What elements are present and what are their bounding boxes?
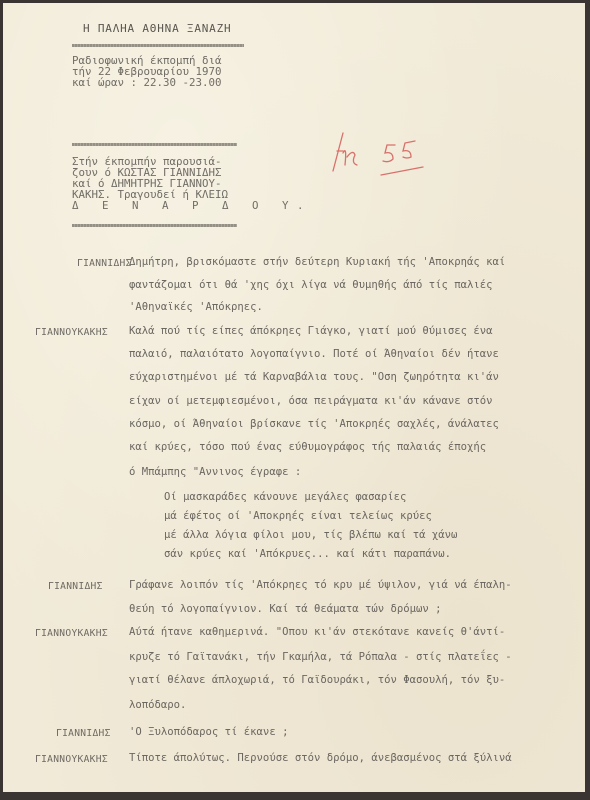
dialogue-line: γιατί θέλανε άπλοχωριά, τό Γαϊδουράκι, τ… (129, 674, 505, 686)
dialogue-line: παλαιό, παλαιότατο λογοπαίγνιο. Ποτέ οί … (129, 348, 499, 360)
speaker-label: ΓΙΑΝΝΙΔΗΣ (56, 728, 111, 739)
verse-line: μά έφέτος οί 'Αποκρηές είναι τελείως κρύ… (164, 510, 432, 522)
dialogue-line: ό Μπάμπης "Αννινος έγραφε : (129, 466, 301, 478)
speaker-label: ΓΙΑΝΝΟΥΚΑΚΗΣ (35, 327, 108, 338)
handwritten-annotation (323, 131, 443, 181)
dialogue-line: Αύτά ήτανε καθημερινά. "Οπου κι'άν στεκό… (129, 626, 505, 638)
dialogue-line: κρυζε τό Γαϊτανάκι, τήν Γκαμήλα, τά Ρόπα… (129, 651, 512, 663)
dialogue-line: Τίποτε άπολύτως. Περνούσε στόν δρόμο, άν… (129, 752, 512, 764)
title-underline (72, 44, 244, 47)
dialogue-line: είχαν οί μετεμφιεσμένοι, όσα πειράγματα … (129, 395, 493, 407)
broadcast-divider (72, 143, 237, 146)
dialogue-line: φαντάζομαι ότι θά 'χης όχι λίγα νά θυμηθ… (129, 279, 493, 291)
singer-surname: Δ Ε Ν Α Ρ Δ Ο Υ. (72, 200, 312, 211)
dialogue-line: Γράφανε λοιπόν τίς 'Απόκρηες τό κρυ μέ ύ… (129, 579, 512, 591)
verse-line: Οί μασκαράδες κάνουνε μεγάλες φασαρίες (164, 491, 406, 503)
dialogue-line: θεύη τό λογοπαίγνιον. Καί τά θεάματα τών… (129, 603, 442, 615)
dialogue-line: λοπόδαρο. (129, 699, 186, 711)
dialogue-line: Δημήτρη, βρισκόμαστε στήν δεύτερη Κυριακ… (129, 256, 505, 268)
dialogue-line: 'Αθηναϊκές 'Απόκρηες. (129, 301, 263, 313)
typewritten-page: Η ΠΑΛΗΑ ΑΘΗΝΑ ΞΑΝΑΖΗ Ραδιοφωνική έκπομπή… (3, 3, 585, 792)
broadcast-info: Ραδιοφωνική έκπομπή διά τήν 22 Φεβρουαρί… (72, 55, 222, 88)
dialogue-line: 'Ο Ξυλοπόδαρος τί έκανε ; (129, 726, 288, 738)
verse-line: μέ άλλα λόγια φίλοι μου, τίς βλέπω καί τ… (164, 529, 457, 541)
document-title: Η ΠΑΛΗΑ ΑΘΗΝΑ ΞΑΝΑΖΗ (83, 22, 231, 35)
speaker-label: ΓΙΑΝΝΟΥΚΑΚΗΣ (35, 754, 108, 765)
dialogue-line: κόσμο, οί Άθηναίοι βρίσκανε τίς 'Αποκρηέ… (129, 418, 499, 430)
dialogue-line: εύχαριστημένοι μέ τά Καρναβάλια τους. "Ο… (129, 371, 499, 383)
dialogue-line: καί κρύες, τόσο πού ένας εύθυμογράφος τή… (129, 441, 486, 453)
broadcast-line: καί ώραν : 22.30 -23.00 (72, 77, 222, 88)
speaker-label: ΓΙΑΝΝΙΔΗΣ (77, 258, 132, 269)
speaker-label: ΓΙΑΝΝΙΔΗΣ (48, 581, 103, 592)
speaker-label: ΓΙΑΝΝΟΥΚΑΚΗΣ (35, 628, 108, 639)
verse-line: σάν κρύες καί 'Απόκρυες... καί κάτι παρα… (164, 548, 451, 560)
presenters-divider (72, 224, 237, 227)
presenters-info: Στήν έκπομπήν παρουσιά- ζουν ό ΚΩΣΤΑΣ ΓΙ… (72, 156, 312, 211)
dialogue-line: Καλά πού τίς είπες άπόκρηες Γιάγκο, γιατ… (129, 325, 493, 337)
